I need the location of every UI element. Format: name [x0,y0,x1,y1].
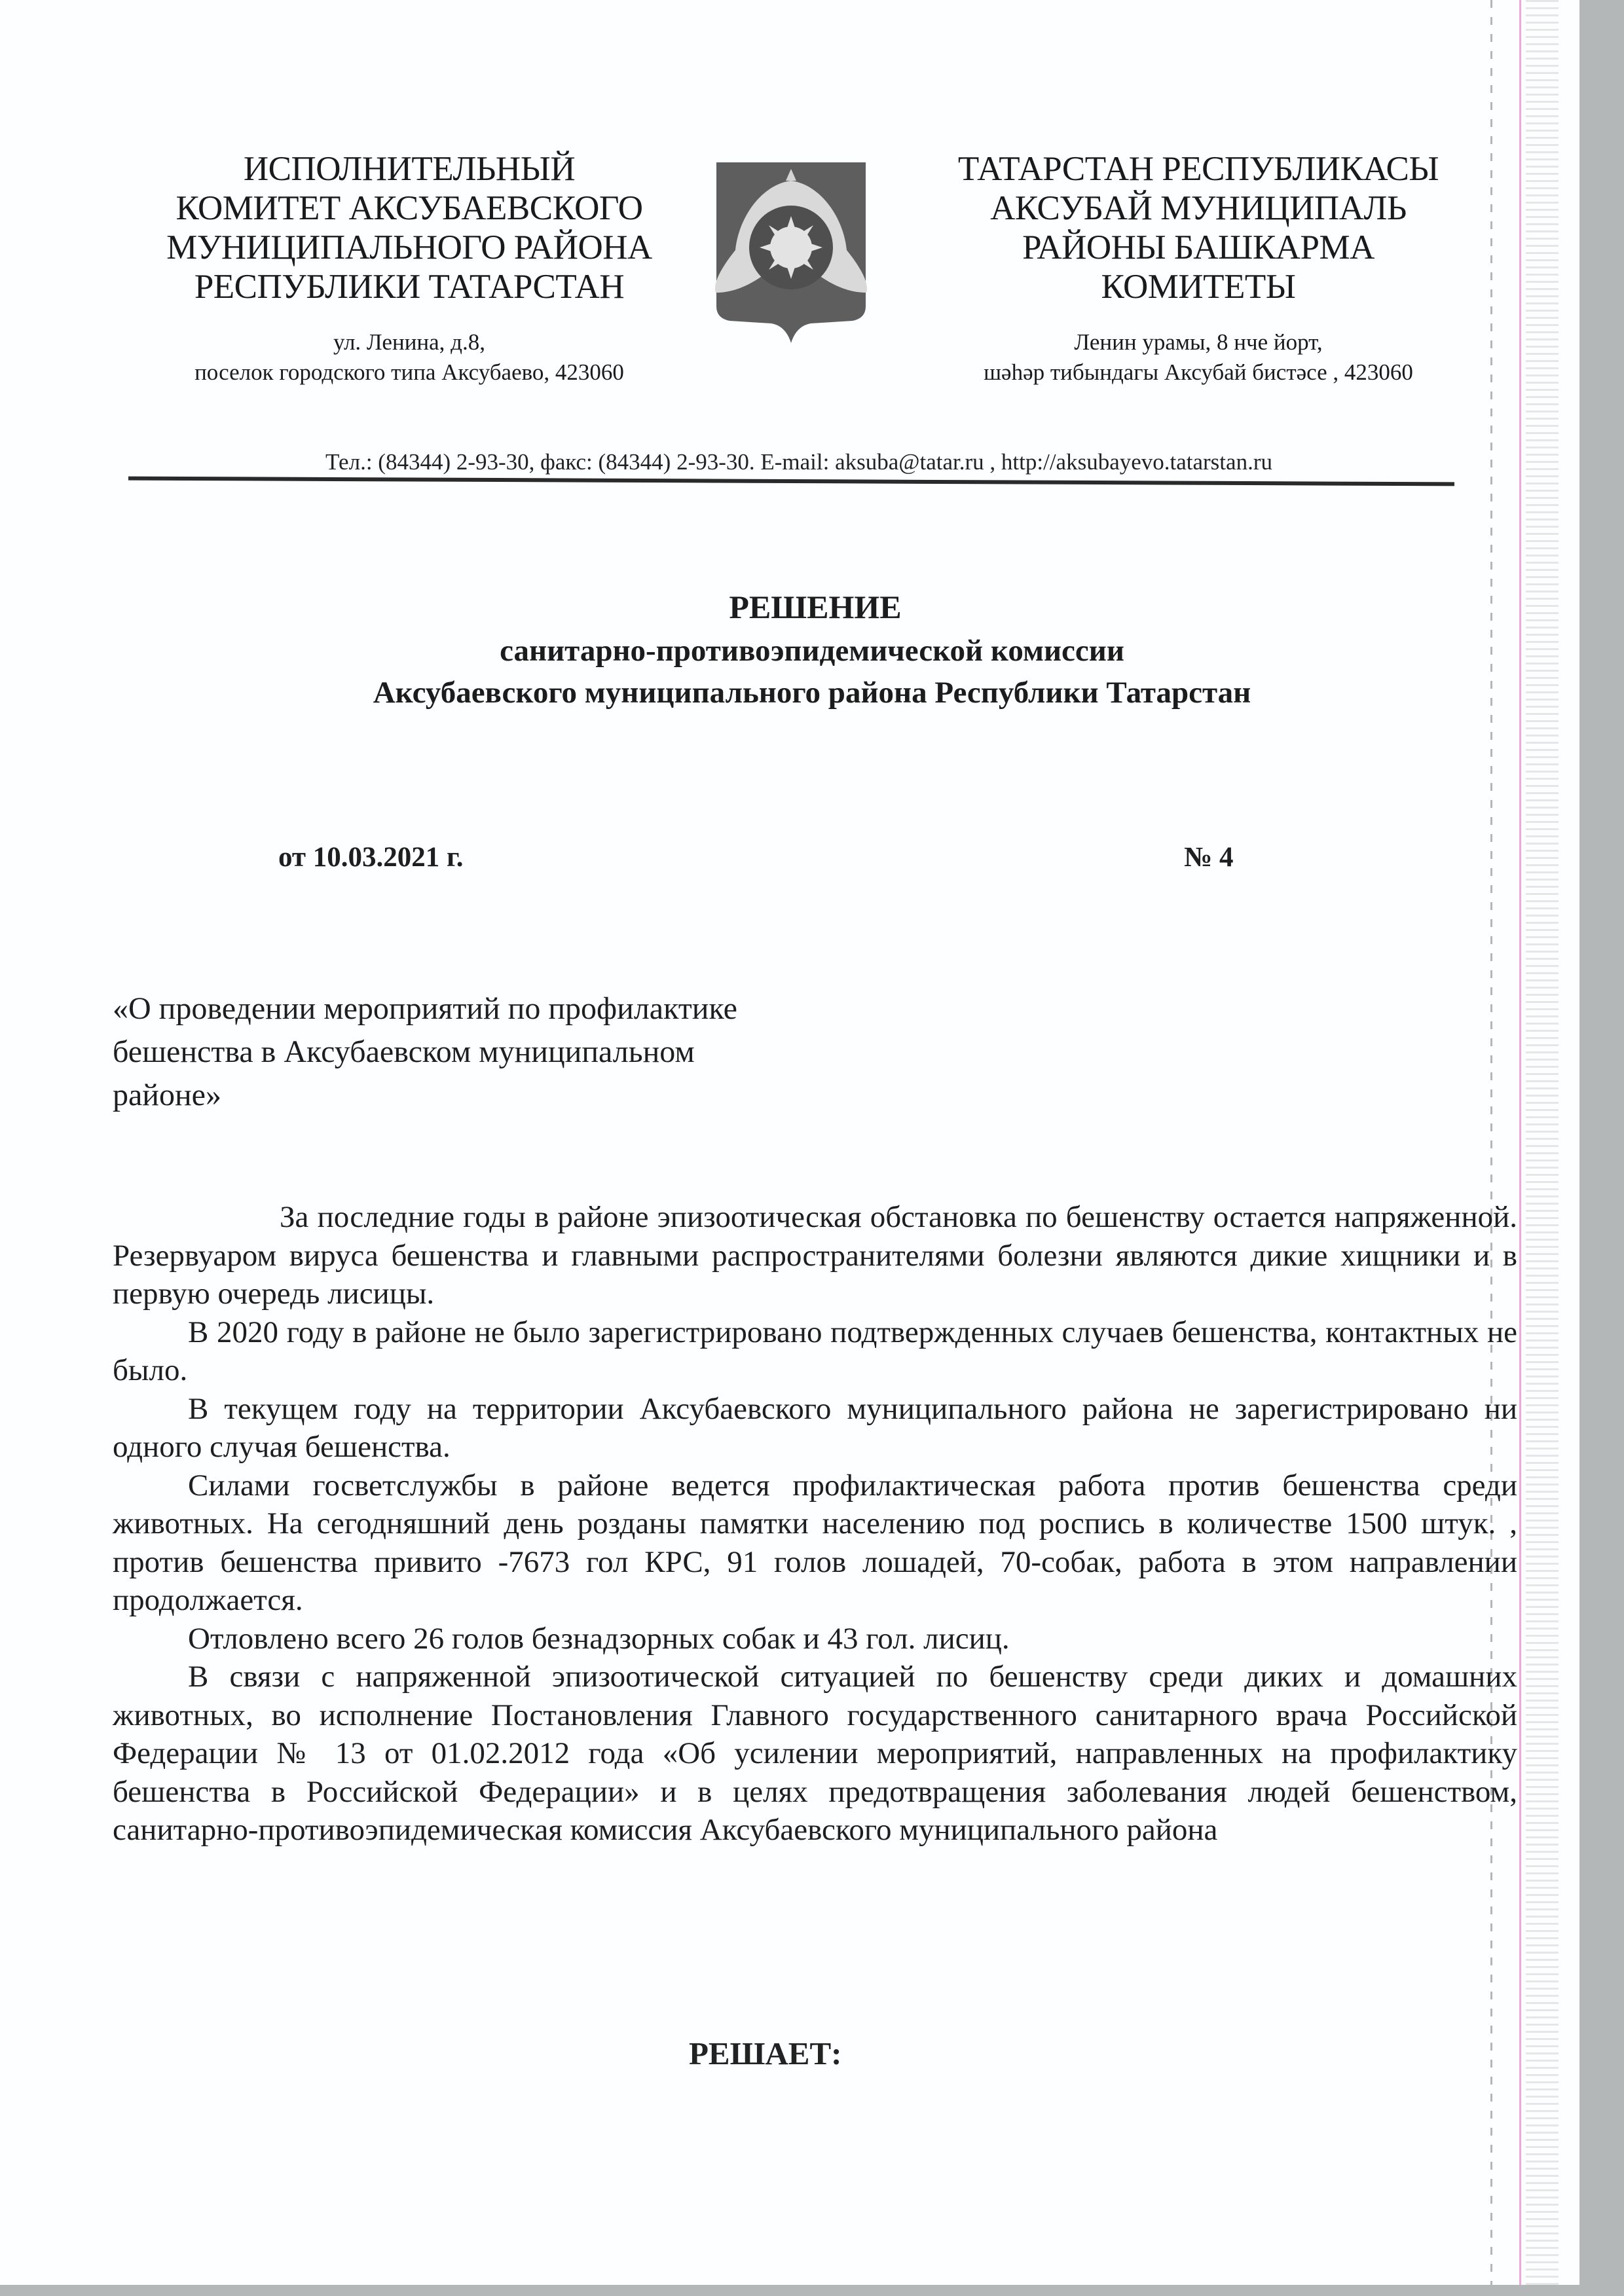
document-date: от 10.03.2021 г. [278,841,463,873]
document-type: РЕШЕНИЕ [0,584,1624,630]
scan-artifact-color-line [1519,0,1521,2285]
org-line: АКСУБАЙ МУНИЦИПАЛЬ [910,189,1486,228]
coat-of-arms-icon [712,152,870,348]
subject-line: бешенства в Аксубаевском муниципальном [113,1030,918,1074]
org-line: КОМИТЕТЫ [910,267,1486,306]
document-subject: «О проведении мероприятий по профилактик… [113,987,918,1117]
org-line: РАЙОНЫ БАШКАРМА [910,228,1486,267]
organization-name-tt: ТАТАРСТАН РЕСПУБЛИКАСЫ АКСУБАЙ МУНИЦИПАЛ… [910,149,1486,306]
body-paragraph: Отловлено всего 26 голов безнадзорных со… [113,1620,1517,1658]
document-page: ИСПОЛНИТЕЛЬНЫЙ КОМИТЕТ АКСУБАЕВСКОГО МУН… [0,0,1579,2285]
body-paragraph: За последние годы в районе эпизоотическа… [113,1198,1517,1313]
document-number: № 4 [1184,841,1233,873]
header-divider [128,477,1454,486]
scan-artifact-dashed-line [1490,0,1492,2285]
header-left-russian: ИСПОЛНИТЕЛЬНЫЙ КОМИТЕТ АКСУБАЕВСКОГО МУН… [124,149,694,388]
organization-address-ru: ул. Ленина, д.8, поселок городского типа… [124,327,694,388]
document-subtitle-line: Аксубаевского муниципального района Респ… [0,672,1624,714]
body-paragraph: В связи с напряженной эпизоотической сит… [113,1658,1517,1850]
organization-name-ru: ИСПОЛНИТЕЛЬНЫЙ КОМИТЕТ АКСУБАЕВСКОГО МУН… [124,149,694,306]
address-line: поселок городского типа Аксубаево, 42306… [124,357,694,388]
document-subtitle-line: санитарно-противоэпидемической комиссии [0,630,1624,672]
address-line: шәһәр тибындагы Аксубай бистәсе , 423060 [910,357,1486,388]
subject-line: районе» [113,1074,918,1117]
body-paragraph: Силами госветслужбы в районе ведется про… [113,1467,1517,1620]
address-line: ул. Ленина, д.8, [124,327,694,357]
body-paragraph: В 2020 году в районе не было зарегистрир… [113,1313,1517,1390]
org-line: РЕСПУБЛИКИ ТАТАРСТАН [124,267,694,306]
header-right-tatar: ТАТАРСТАН РЕСПУБЛИКАСЫ АКСУБАЙ МУНИЦИПАЛ… [910,149,1486,388]
body-paragraph: В текущем году на территории Аксубаевско… [113,1390,1517,1467]
subject-line: «О проведении мероприятий по профилактик… [113,987,918,1030]
org-line: КОМИТЕТ АКСУБАЕВСКОГО [124,189,694,228]
org-line: МУНИЦИПАЛЬНОГО РАЙОНА [124,228,694,267]
document-body: За последние годы в районе эпизоотическа… [113,1198,1517,1850]
scan-artifact-speckle [1526,0,1559,2285]
org-line: ИСПОЛНИТЕЛЬНЫЙ [124,149,694,189]
resolves-heading: РЕШАЕТ: [689,2035,842,2072]
contact-line: Тел.: (84344) 2-93-30, факс: (84344) 2-9… [144,449,1454,475]
document-title-block: РЕШЕНИЕ санитарно-противоэпидемической к… [0,584,1624,714]
org-line: ТАТАРСТАН РЕСПУБЛИКАСЫ [910,149,1486,189]
organization-address-tt: Ленин урамы, 8 нче йорт, шәһәр тибындагы… [910,327,1486,388]
address-line: Ленин урамы, 8 нче йорт, [910,327,1486,357]
